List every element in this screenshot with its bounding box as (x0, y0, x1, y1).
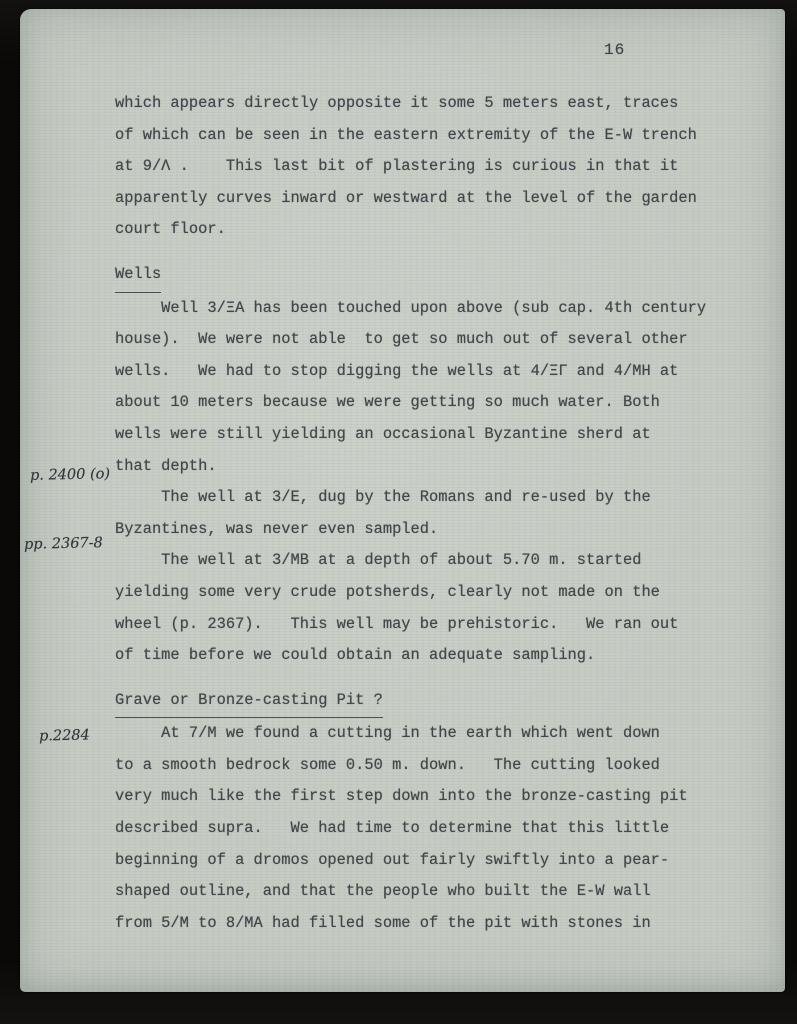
paragraph: At 7/M we found a cutting in the earth w… (115, 718, 715, 939)
text-line: at 9/Λ . This last bit of plastering is … (115, 151, 715, 183)
section-heading: Grave or Bronze-casting Pit ? (115, 685, 715, 719)
text-line: wheel (p. 2367). This well may be prehis… (115, 609, 715, 641)
text-line: The well at 3/E, dug by the Romans and r… (115, 482, 715, 514)
typed-text-block: which appears directly opposite it some … (115, 88, 715, 939)
text-line: that depth. (115, 451, 715, 483)
page-number: 16 (604, 41, 625, 59)
handwritten-margin-note: p.2284 (39, 727, 90, 744)
section-heading-text: Grave or Bronze-casting Pit ? (115, 685, 383, 719)
text-line: from 5/M to 8/MA had filled some of the … (115, 908, 715, 940)
text-line: At 7/M we found a cutting in the earth w… (115, 718, 715, 750)
section-heading-text: Wells (115, 259, 161, 293)
text-line: The well at 3/MB at a depth of about 5.7… (115, 545, 715, 577)
text-line: very much like the first step down into … (115, 781, 715, 813)
text-line: about 10 meters because we were getting … (115, 387, 715, 419)
text-line: beginning of a dromos opened out fairly … (115, 845, 715, 877)
text-line: wells were still yielding an occasional … (115, 419, 715, 451)
text-line: yielding some very crude potsherds, clea… (115, 577, 715, 609)
text-line: which appears directly opposite it some … (115, 88, 715, 120)
text-line: shaped outline, and that the people who … (115, 876, 715, 908)
text-line: court floor. (115, 214, 715, 246)
text-line: apparently curves inward or westward at … (115, 183, 715, 215)
text-line: house). We were not able to get so much … (115, 324, 715, 356)
text-line: of time before we could obtain an adequa… (115, 640, 715, 672)
handwritten-margin-note: pp. 2367-8 (24, 535, 103, 553)
text-line: described supra. We had time to determin… (115, 813, 715, 845)
text-line: Byzantines, was never even sampled. (115, 514, 715, 546)
photo-black-frame: 16 which appears directly opposite it so… (0, 0, 797, 1024)
text-line: of which can be seen in the eastern extr… (115, 120, 715, 152)
paragraph: which appears directly opposite it some … (115, 88, 715, 246)
paragraph: The well at 3/E, dug by the Romans and r… (115, 482, 715, 545)
section-heading: Wells (115, 259, 715, 293)
text-line: wells. We had to stop digging the wells … (115, 356, 715, 388)
document-page: 16 which appears directly opposite it so… (20, 9, 785, 992)
handwritten-margin-note: p. 2400 (o) (30, 466, 110, 484)
paragraph: Well 3/ΞA has been touched upon above (s… (115, 293, 715, 483)
text-line: to a smooth bedrock some 0.50 m. down. T… (115, 750, 715, 782)
text-line: Well 3/ΞA has been touched upon above (s… (115, 293, 715, 325)
paragraph: The well at 3/MB at a depth of about 5.7… (115, 545, 715, 671)
